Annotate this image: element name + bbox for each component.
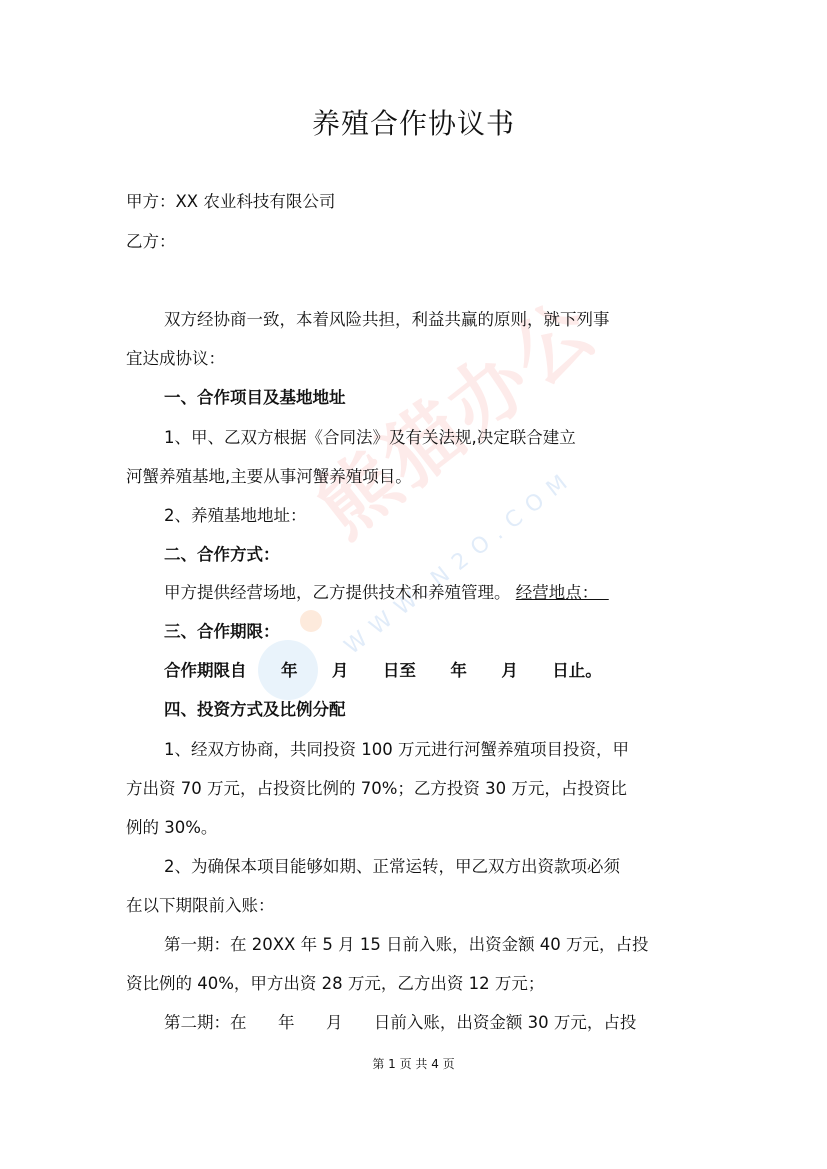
section-2-line: 甲方提供经营场地，乙方提供技术和养殖管理。 经营地点： bbox=[164, 582, 609, 604]
party-a: 甲方：XX 农业科技有限公司 bbox=[126, 191, 335, 213]
cooperation-period-line: 合作期限自 年 月 日至 年 月 日止。 bbox=[164, 660, 602, 682]
intro-paragraph-line-2: 宜达成协议： bbox=[126, 348, 225, 370]
section-4-line: 第一期：在 20XX 年 5 月 15 日前入账，出资金额 40 万元，占投 bbox=[164, 934, 649, 956]
section-1-line: 河蟹养殖基地,主要从事河蟹养殖项目。 bbox=[126, 466, 412, 488]
section-4-line: 例的 30%。 bbox=[126, 817, 217, 839]
section-4-line: 2、为确保本项目能够如期、正常运转，甲乙双方出资款项必须 bbox=[164, 856, 620, 878]
section-4-line: 在以下期限前入账： bbox=[126, 895, 275, 917]
section-4-line: 方出资 70 万元，占投资比例的 70%；乙方投资 30 万元，占投资比 bbox=[126, 778, 627, 800]
section-1-heading: 一、合作项目及基地地址 bbox=[164, 387, 346, 409]
section-4-heading: 四、投资方式及比例分配 bbox=[164, 699, 346, 721]
party-b: 乙方： bbox=[126, 231, 176, 253]
section-4-line: 第二期：在 年 月 日前入账，出资金额 30 万元，占投 bbox=[164, 1012, 636, 1034]
section-1-line: 1、甲、乙双方根据《合同法》及有关法规,决定联合建立 bbox=[164, 427, 576, 449]
section-4-line: 1、经双方协商，共同投资 100 万元进行河蟹养殖项目投资，甲 bbox=[164, 739, 629, 761]
document-title: 养殖合作协议书 bbox=[0, 102, 827, 142]
watermark-dot-icon bbox=[300, 610, 322, 632]
page-footer: 第 1 页 共 4 页 bbox=[0, 1055, 827, 1072]
watermark-url: WWW.N2O.COM bbox=[340, 464, 580, 659]
section-2-text: 甲方提供经营场地，乙方提供技术和养殖管理。 bbox=[164, 583, 511, 602]
section-1-line: 2、养殖基地地址： bbox=[164, 505, 307, 527]
business-location-field: 经营地点： bbox=[516, 583, 609, 602]
document-page: 熊猫办公 WWW.N2O.COM 养殖合作协议书 甲方：XX 农业科技有限公司 … bbox=[0, 0, 827, 1169]
section-4-line: 资比例的 40%，甲方出资 28 万元，乙方出资 12 万元； bbox=[126, 973, 544, 995]
section-2-heading: 二、合作方式： bbox=[164, 544, 280, 566]
intro-paragraph-line-1: 双方经协商一致，本着风险共担，利益共赢的原则，就下列事 bbox=[164, 309, 610, 331]
section-3-heading: 三、合作期限： bbox=[164, 621, 280, 643]
